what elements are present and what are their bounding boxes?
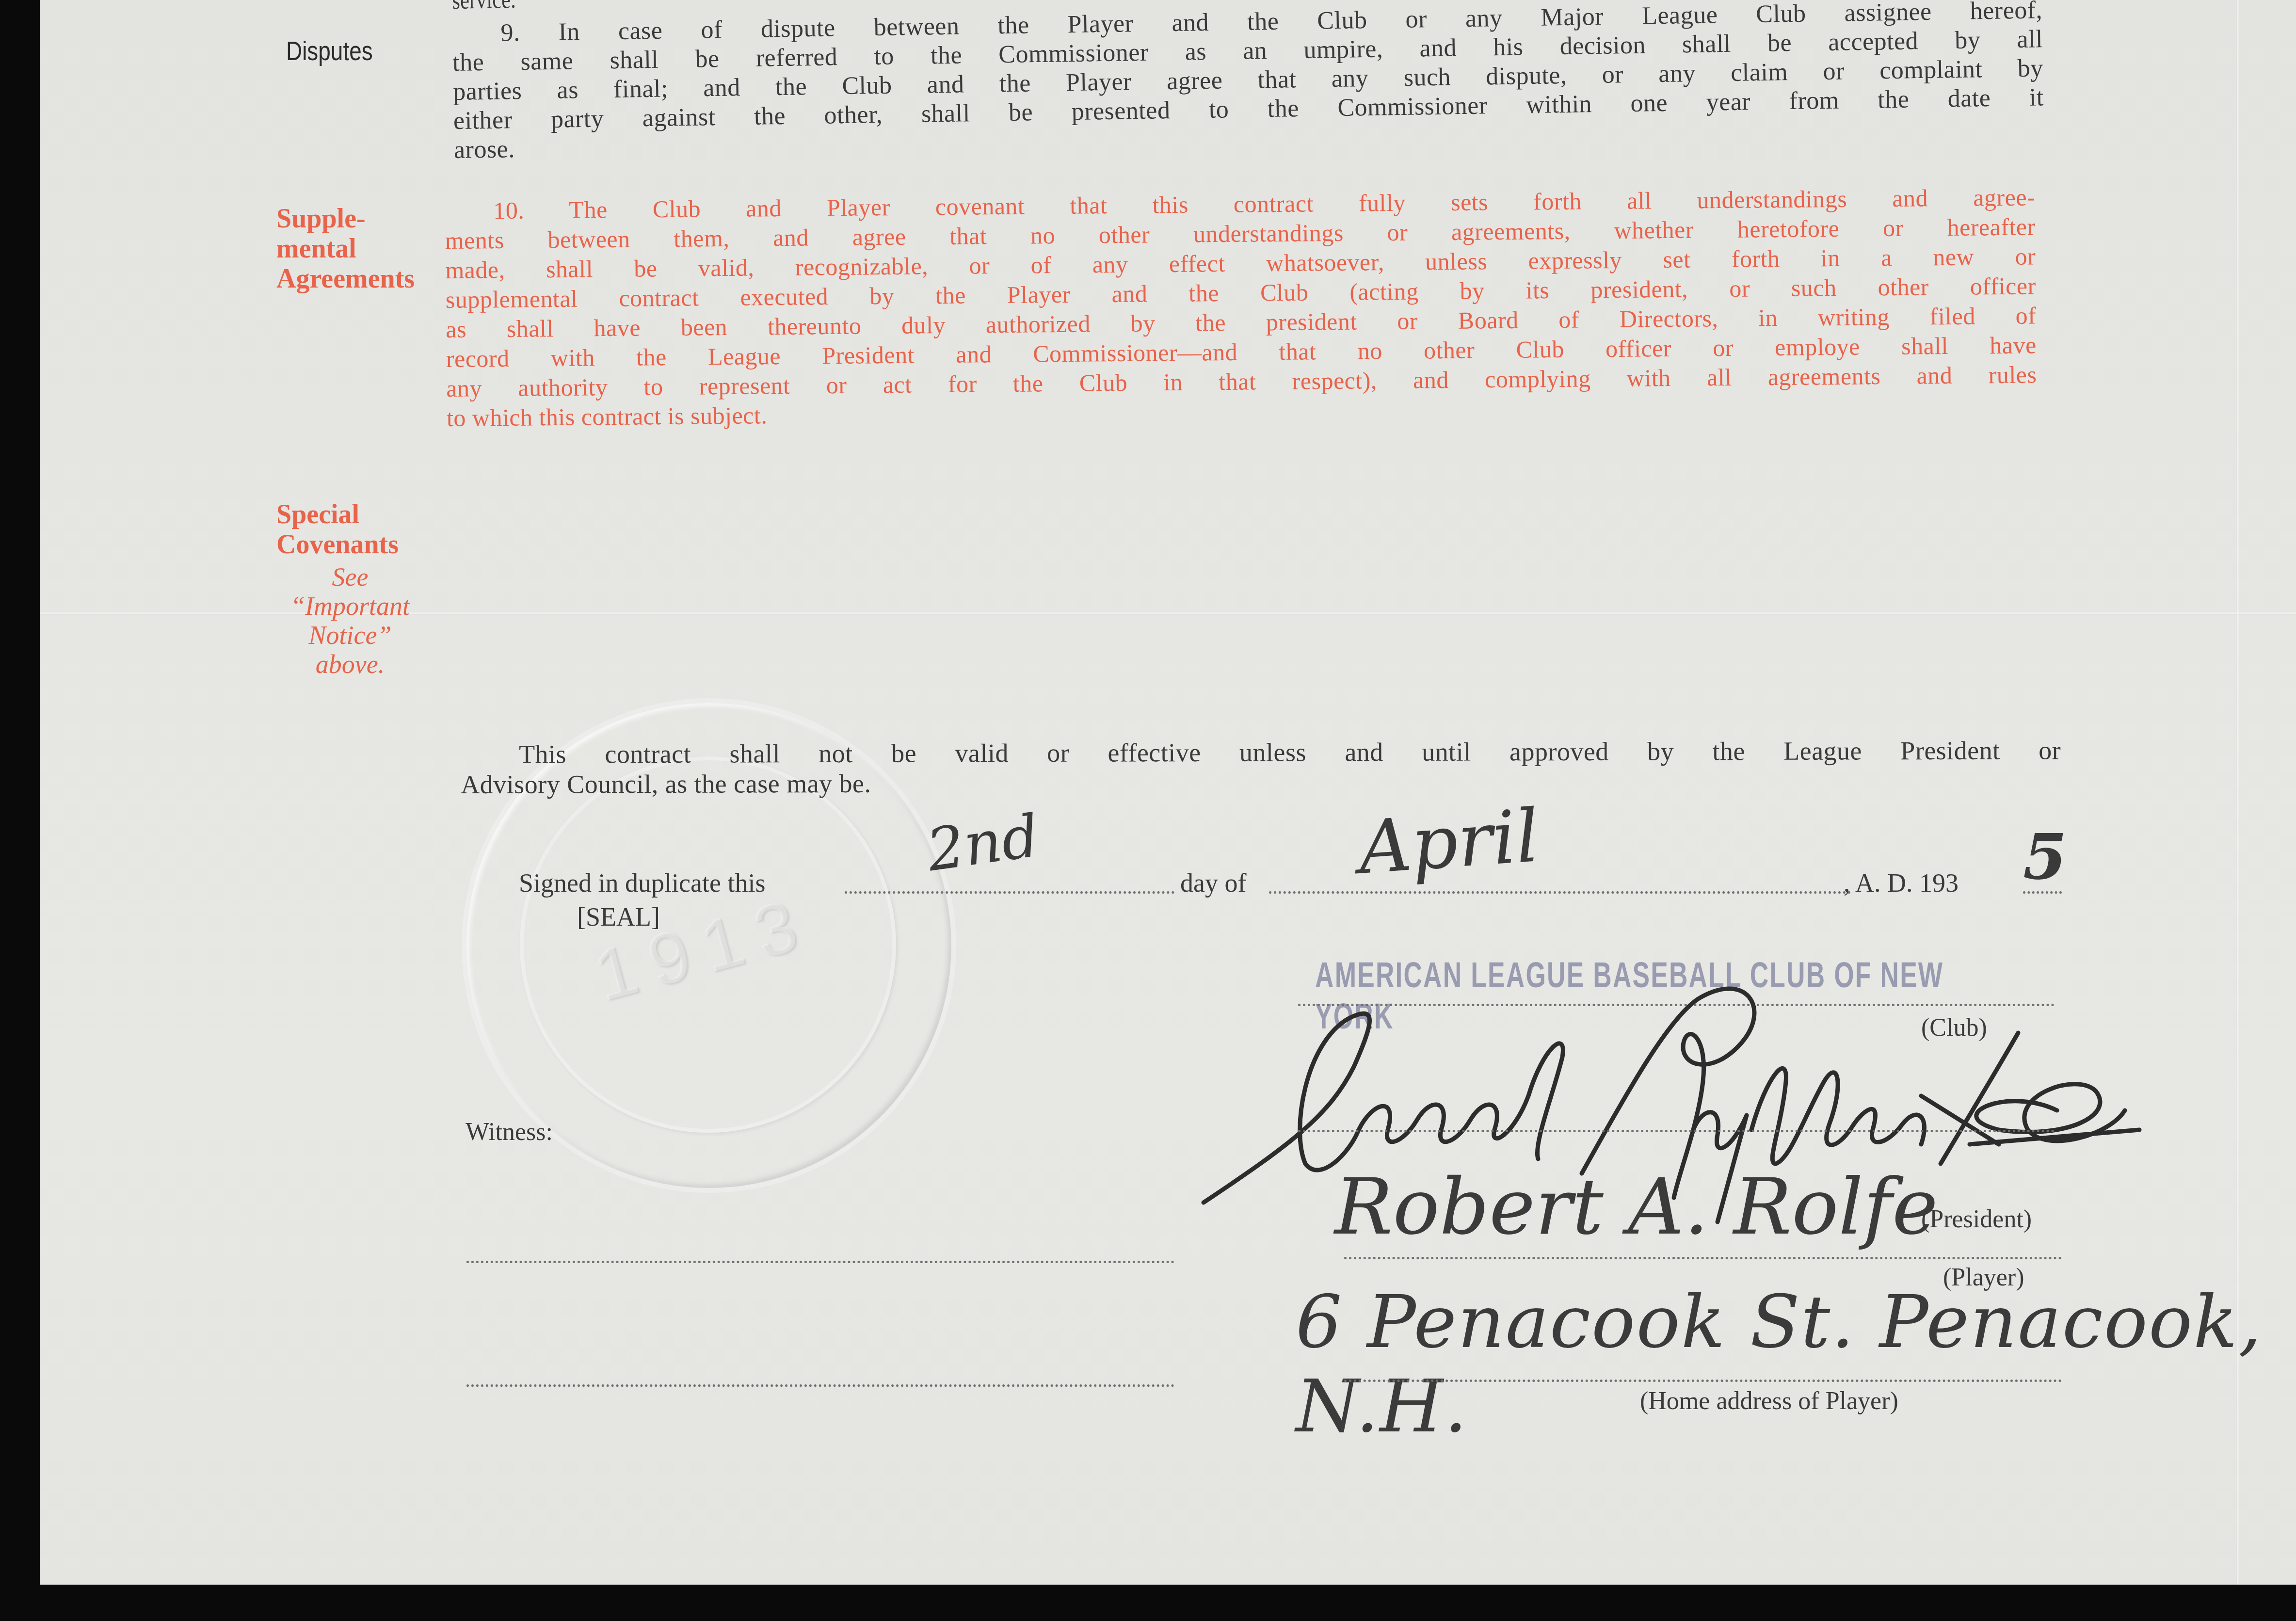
year-field-value: 5 (2023, 819, 2067, 894)
player-home-address: 6 Penacook St. Penacook, N.H. (1296, 1280, 2296, 1449)
president-signature-line (1298, 1130, 2055, 1132)
note-line: Notice” (277, 621, 423, 650)
label-line: Special (276, 499, 399, 530)
note-line: above. (277, 650, 423, 679)
address-caption: (Home address of Player) (1640, 1387, 1898, 1415)
paragraph-line: This contract shall not be valid or effe… (461, 735, 2061, 770)
approval-clause: This contract shall not be valid or effe… (461, 735, 2061, 800)
witness-label: Witness: (466, 1118, 553, 1146)
month-field-line (1269, 891, 1851, 894)
player-signature-line (1344, 1257, 2062, 1259)
day-field-value: 2nd (923, 802, 1043, 885)
label-line: Supple- (276, 204, 415, 234)
special-covenants-label: Special Covenants (276, 499, 399, 560)
day-field-line (845, 891, 1174, 894)
previous-paragraph-fragment: service. (452, 0, 516, 15)
special-covenants-note: See “Important Notice” above. (277, 562, 423, 679)
signed-in-duplicate-label: Signed in duplicate this (519, 868, 765, 898)
section-label-supplemental-agreements: Supple- mental Agreements (276, 204, 415, 294)
label-line: Agreements (276, 264, 415, 294)
witness-line-1 (466, 1261, 1174, 1263)
paragraph-line: Advisory Council, as the case may be. (461, 765, 2061, 800)
day-of-label: day of (1180, 868, 1246, 898)
section-label-disputes: Disputes (286, 35, 373, 66)
year-prefix-label: , A. D. 193 (1844, 868, 1959, 898)
seal-label: [SEAL] (577, 902, 660, 932)
label-line: mental (276, 234, 415, 264)
month-field-value: April (1356, 794, 1541, 891)
label-line: Covenants (276, 530, 399, 560)
player-signature: Robert A. Rolfe (1334, 1161, 1938, 1252)
witness-line-2 (466, 1384, 1174, 1387)
contract-page: 1913 service. Disputes 9. In case of dis… (40, 0, 2296, 1585)
note-line: See (277, 562, 423, 592)
note-line: “Important (277, 592, 423, 621)
address-line (1344, 1380, 2062, 1382)
paragraph-9-disputes: 9. In case of dispute between the Player… (452, 0, 2044, 165)
paragraph-10-supplemental-agreements: 10. The Club and Player covenant that th… (445, 182, 2037, 433)
president-caption: (President) (1921, 1205, 2032, 1234)
